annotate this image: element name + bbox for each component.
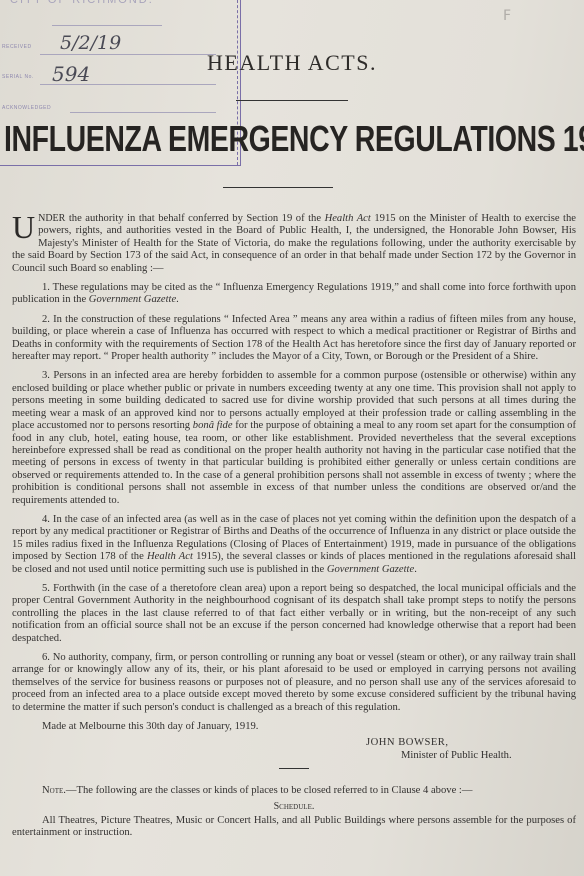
stamp-field-line <box>70 112 216 113</box>
document-title: INFLUENZA EMERGENCY REGULATIONS 1919. <box>4 118 465 160</box>
heading-rule <box>236 100 348 101</box>
clause-4: 4. In the case of an infected area (as w… <box>12 514 576 576</box>
document-heading: HEALTH ACTS. <box>0 50 584 76</box>
clause-5: 5. Forthwith (in the case of a theretofo… <box>12 583 576 645</box>
signatory-name: JOHN BOWSER, <box>12 737 576 749</box>
schedule-text: All Theatres, Picture Theatres, Music or… <box>12 815 576 840</box>
stamp-label-acknowledged: ACKNOWLEDGED <box>2 105 51 111</box>
title-rule <box>223 187 333 188</box>
clause-3: 3. Persons in an infected area are hereb… <box>12 370 576 506</box>
preamble: UNDER the authority in that behalf confe… <box>12 213 576 275</box>
note: Note.—The following are the classes or k… <box>12 785 576 797</box>
note-label: Note. <box>42 785 66 796</box>
made-at-line: Made at Melbourne this 30th day of Janua… <box>12 721 576 733</box>
schedule-heading: Schedule. <box>12 801 576 813</box>
stamp-divider <box>52 25 162 26</box>
clause-2: 2. In the construction of these regulati… <box>12 314 576 364</box>
section-rule <box>279 768 309 769</box>
signatory-title: Minister of Public Health. <box>12 750 576 762</box>
corner-pencil-mark: F <box>503 8 511 24</box>
clause-6: 6. No authority, company, firm, or perso… <box>12 652 576 714</box>
drop-cap: U <box>12 214 35 240</box>
regulations-body: UNDER the authority in that behalf confe… <box>12 213 576 840</box>
stamp-field-line <box>40 84 216 85</box>
stamp-council-name: CITY OF RICHMOND. <box>10 0 154 6</box>
clause-1: 1. These regulations may be cited as the… <box>12 282 576 307</box>
